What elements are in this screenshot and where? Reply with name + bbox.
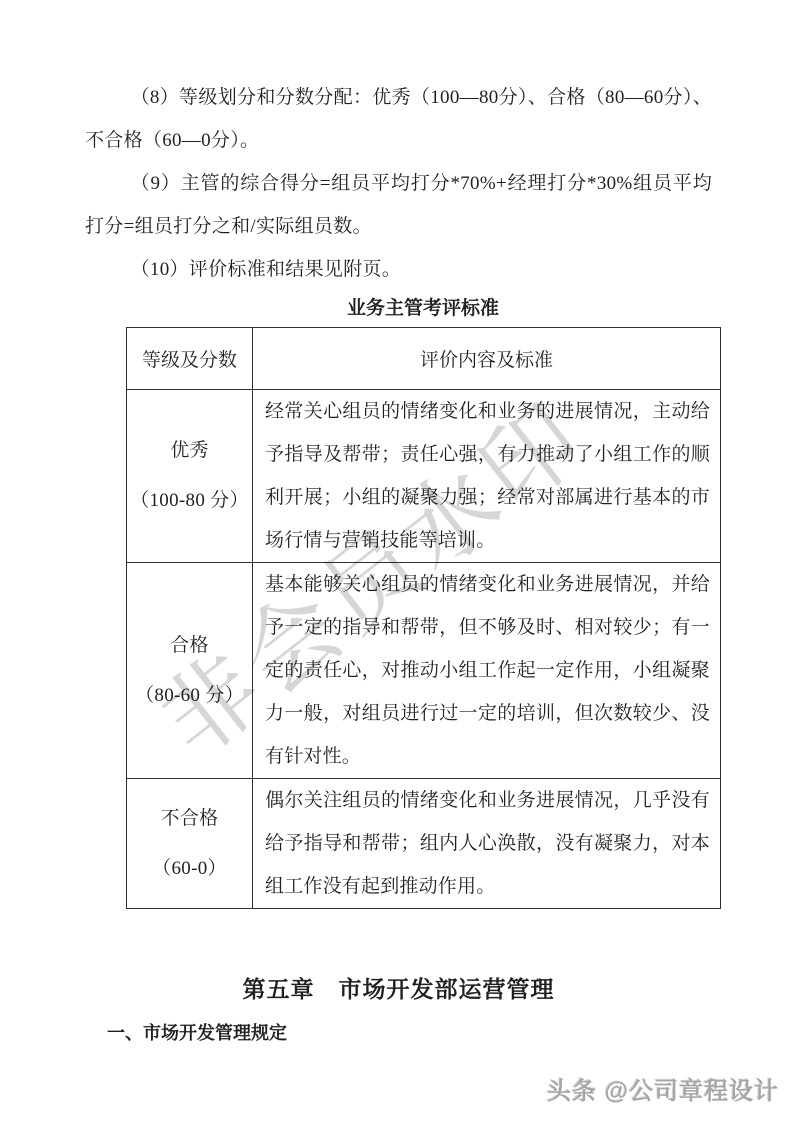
paragraph-10: （10）评价标准和结果见附页。 <box>85 248 712 291</box>
desc-cell-unqualified: 偶尔关注组员的情绪变化和业务进展情况，几乎没有给予指导和帮带；组内人心涣散，没有… <box>253 779 721 909</box>
grade-description: 经常关心组员的情绪变化和业务的进展情况，主动给予指导及帮带；责任心强，有力推动了… <box>253 390 720 562</box>
paragraph-8: （8）等级划分和分数分配：优秀（100—80分）、合格（80—60分）、不合格（… <box>85 76 712 162</box>
paragraph-9: （9）主管的综合得分=组员平均打分*70%+经理打分*30%组员平均打分=组员打… <box>85 162 712 248</box>
grade-label: 合格 <box>127 621 252 671</box>
grade-score-range: （80-60 分） <box>127 671 252 721</box>
grade-label: 优秀 <box>127 426 252 476</box>
desc-cell-excellent: 经常关心组员的情绪变化和业务的进展情况，主动给予指导及帮带；责任心强，有力推动了… <box>253 390 721 563</box>
grade-cell-unqualified: 不合格 （60-0） <box>127 779 253 909</box>
desc-cell-qualified: 基本能够关心组员的情绪变化和业务进展情况，并给予一定的指导和帮带，但不够及时、相… <box>253 563 721 779</box>
table-title: 业务主管考评标准 <box>126 291 720 327</box>
grade-description: 偶尔关注组员的情绪变化和业务进展情况，几乎没有给予指导和帮带；组内人心涣散，没有… <box>253 779 720 908</box>
header-grade-score: 等级及分数 <box>127 328 253 390</box>
table-row-excellent: 优秀 （100-80 分） 经常关心组员的情绪变化和业务的进展情况，主动给予指导… <box>127 390 721 563</box>
grade-score-range: （60-0） <box>127 844 252 894</box>
footer-watermark: 头条 @公司章程设计 <box>547 1071 779 1106</box>
chapter-heading: 第五章 市场开发部运营管理 <box>85 973 712 1007</box>
evaluation-table: 等级及分数 评价内容及标准 优秀 （100-80 分） 经常关心组员的情绪变化和… <box>126 327 721 909</box>
section-heading: 一、市场开发管理规定 <box>85 1020 712 1046</box>
table-row-unqualified: 不合格 （60-0） 偶尔关注组员的情绪变化和业务进展情况，几乎没有给予指导和帮… <box>127 779 721 909</box>
document-page: 非会员水印 （8）等级划分和分数分配：优秀（100—80分）、合格（80—60分… <box>0 0 793 1122</box>
table-row-qualified: 合格 （80-60 分） 基本能够关心组员的情绪变化和业务进展情况，并给予一定的… <box>127 563 721 779</box>
grade-label: 不合格 <box>127 794 252 844</box>
table-header-row: 等级及分数 评价内容及标准 <box>127 328 721 390</box>
grade-score-range: （100-80 分） <box>127 476 252 526</box>
grade-cell-excellent: 优秀 （100-80 分） <box>127 390 253 563</box>
page-content: （8）等级划分和分数分配：优秀（100—80分）、合格（80—60分）、不合格（… <box>85 76 712 1046</box>
header-eval-content: 评价内容及标准 <box>253 328 721 390</box>
grade-cell-qualified: 合格 （80-60 分） <box>127 563 253 779</box>
grade-description: 基本能够关心组员的情绪变化和业务进展情况，并给予一定的指导和帮带，但不够及时、相… <box>253 563 720 778</box>
